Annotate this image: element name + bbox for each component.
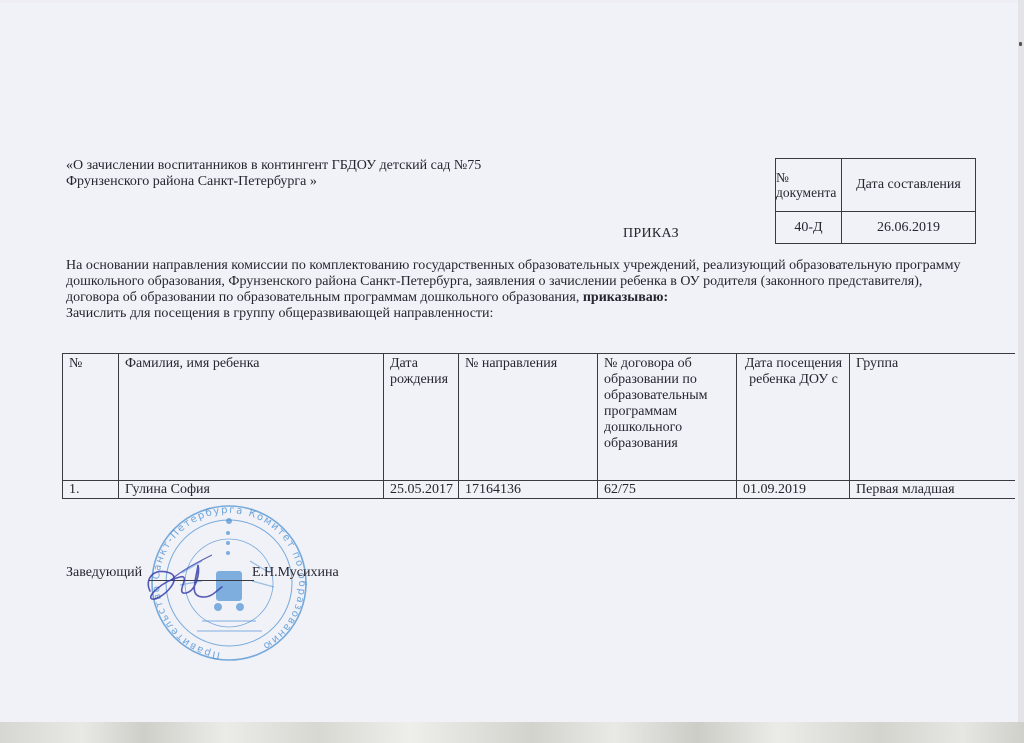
handwritten-signature-icon [140, 551, 230, 611]
scan-edge-bottom [0, 722, 1024, 743]
signer-position: Заведующий [66, 565, 142, 581]
header-birth-date: Дата рождения [384, 354, 459, 481]
header-child-name: Фамилия, имя ребенка [119, 354, 384, 481]
cell-group: Первая младшая [850, 481, 1016, 499]
order-title-line-2: Фрунзенского района Санкт-Петербурга » [66, 174, 566, 190]
cell-child-name: Гулина София [119, 481, 384, 499]
doc-date-value: 26.06.2019 [842, 212, 976, 244]
header-contract-number: № договора об образовании по образовател… [598, 354, 737, 481]
scan-edge-right [1018, 0, 1024, 743]
document-page: «О зачислении воспитанников в контингент… [0, 3, 1018, 723]
cell-start-date: 01.09.2019 [737, 481, 850, 499]
order-verb: приказываю: [583, 290, 668, 305]
header-group: Группа [850, 354, 1016, 481]
order-title: «О зачислении воспитанников в контингент… [66, 158, 566, 190]
header-number: № [63, 354, 119, 481]
cell-referral-number: 17164136 [459, 481, 598, 499]
preamble: На основании направления комиссии по ком… [66, 258, 966, 306]
order-body: На основании направления комиссии по ком… [66, 258, 966, 322]
enrollment-table: № Фамилия, имя ребенка Дата рождения № н… [62, 353, 1015, 499]
header-start-date: Дата посещения ребенка ДОУ с [737, 354, 850, 481]
scan-artifact [1019, 42, 1022, 46]
header-referral-number: № направления [459, 354, 598, 481]
doc-number-label: № документа [776, 159, 842, 212]
cell-contract-number: 62/75 [598, 481, 737, 499]
order-title-line-1: «О зачислении воспитанников в контингент… [66, 158, 566, 174]
order-heading: ПРИКАЗ [623, 226, 679, 242]
doc-number-value: 40-Д [776, 212, 842, 244]
document-info-table: № документа Дата составления 40-Д 26.06.… [775, 158, 976, 244]
cell-birth-date: 25.05.2017 [384, 481, 459, 499]
signer-name: Е.Н.Мусихина [252, 565, 339, 581]
table-row: 1. Гулина София 25.05.2017 17164136 62/7… [63, 481, 1016, 499]
instruction: Зачислить для посещения в группу общераз… [66, 306, 966, 322]
table-header-row: № Фамилия, имя ребенка Дата рождения № н… [63, 354, 1016, 481]
cell-number: 1. [63, 481, 119, 499]
doc-date-label: Дата составления [842, 159, 976, 212]
